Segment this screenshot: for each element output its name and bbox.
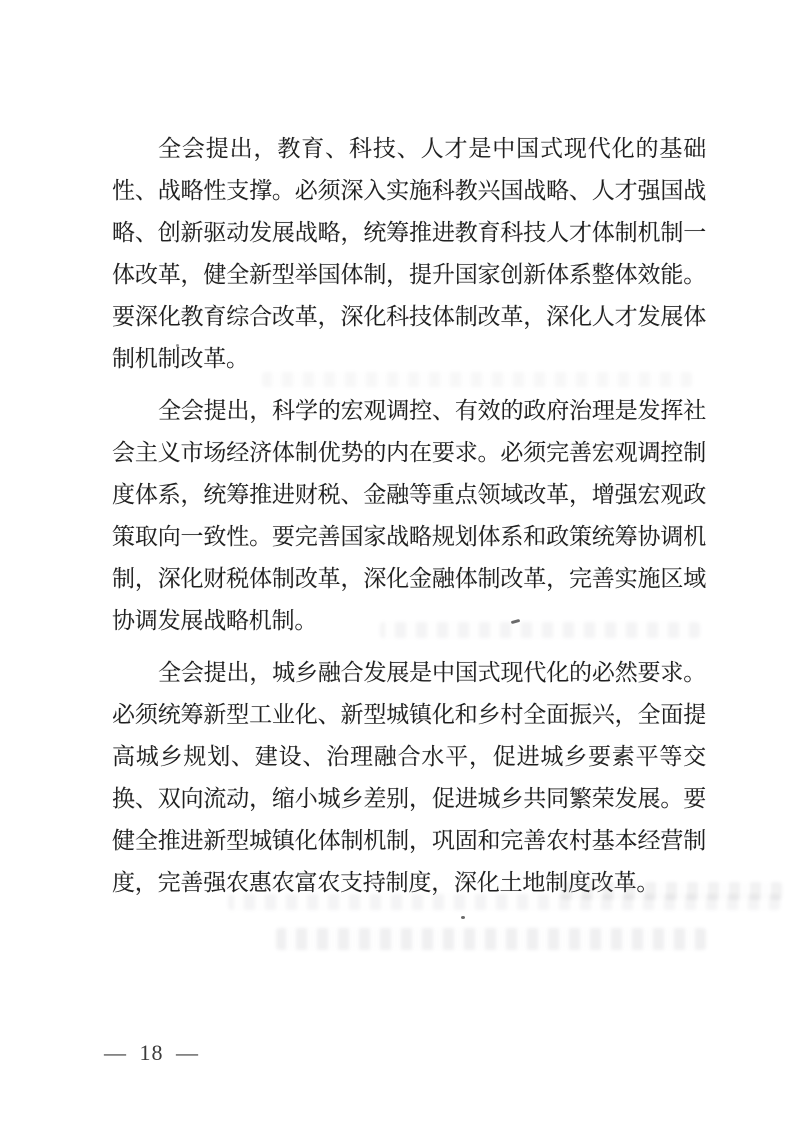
paragraph-education-science-talent: 全会提出，教育、科技、人才是中国式现代化的基础性、战略性支撑。必须深入实施科教兴… [112, 128, 706, 380]
scanned-document-page: 全会提出，教育、科技、人才是中国式现代化的基础性、战略性支撑。必须深入实施科教兴… [0, 0, 793, 1122]
document-body: 全会提出，教育、科技、人才是中国式现代化的基础性、战略性支撑。必须深入实施科教兴… [112, 128, 706, 914]
bleed-through-artifact [380, 622, 700, 638]
paragraph-urban-rural-integration: 全会提出，城乡融合发展是中国式现代化的必然要求。必须统筹新型工业化、新型城镇化和… [112, 652, 706, 904]
ink-speck-artifact [176, 344, 179, 347]
ink-speck-artifact [461, 916, 465, 919]
page-number: — 18 — [104, 1040, 199, 1066]
bleed-through-artifact [276, 928, 706, 950]
paragraph-macro-regulation: 全会提出，科学的宏观调控、有效的政府治理是发挥社会主义市场经济体制优势的内在要求… [112, 390, 706, 642]
bleed-through-artifact [228, 894, 780, 910]
bleed-through-artifact [262, 372, 692, 387]
